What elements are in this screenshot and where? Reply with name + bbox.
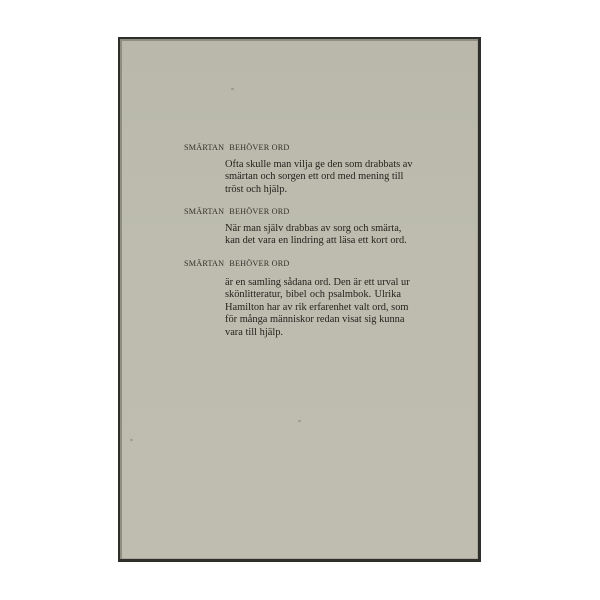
paragraph-line: När man själv drabbas av sorg och smärta… xyxy=(225,223,401,235)
paragraph-line: smärtan och sorgen ett ord med mening ti… xyxy=(225,171,401,183)
section-paragraph: är en samling sådana ord. Den är ett urv… xyxy=(225,277,401,339)
paragraph-line: är en samling sådana ord. Den är ett urv… xyxy=(225,277,401,289)
heading-words-behover-ord: BEHÖVER ORD xyxy=(229,207,289,216)
paragraph-line: vara till hjälp. xyxy=(225,327,401,339)
scan-speck xyxy=(231,88,234,90)
section-paragraph: Ofta skulle man vilja ge den som drabbat… xyxy=(225,159,401,196)
heading-word-smartan: SMÄRTAN xyxy=(184,259,224,268)
section-heading: SMÄRTANBEHÖVER ORD xyxy=(184,207,290,216)
heading-words-behover-ord: BEHÖVER ORD xyxy=(229,143,289,152)
paragraph-line: skönlitteratur, bibel och psalmbok. Ulri… xyxy=(225,289,401,301)
book-back-cover: SMÄRTANBEHÖVER ORD Ofta skulle man vilja… xyxy=(118,37,481,562)
scan-speck xyxy=(130,439,133,441)
heading-words-behover-ord: BEHÖVER ORD xyxy=(229,259,289,268)
heading-word-smartan: SMÄRTAN xyxy=(184,143,224,152)
section-paragraph: När man själv drabbas av sorg och smärta… xyxy=(225,223,401,248)
paragraph-line: för många människor redan visat sig kunn… xyxy=(225,314,401,326)
paragraph-line: Hamilton har av rik erfarenhet valt ord,… xyxy=(225,302,401,314)
section-heading: SMÄRTANBEHÖVER ORD xyxy=(184,143,290,152)
paragraph-line: Ofta skulle man vilja ge den som drabbat… xyxy=(225,159,401,171)
section-heading: SMÄRTANBEHÖVER ORD xyxy=(184,259,290,268)
paragraph-line: kan det vara en lindring att läsa ett ko… xyxy=(225,235,401,247)
scan-speck xyxy=(298,420,301,422)
heading-word-smartan: SMÄRTAN xyxy=(184,207,224,216)
paragraph-line: tröst och hjälp. xyxy=(225,184,401,196)
